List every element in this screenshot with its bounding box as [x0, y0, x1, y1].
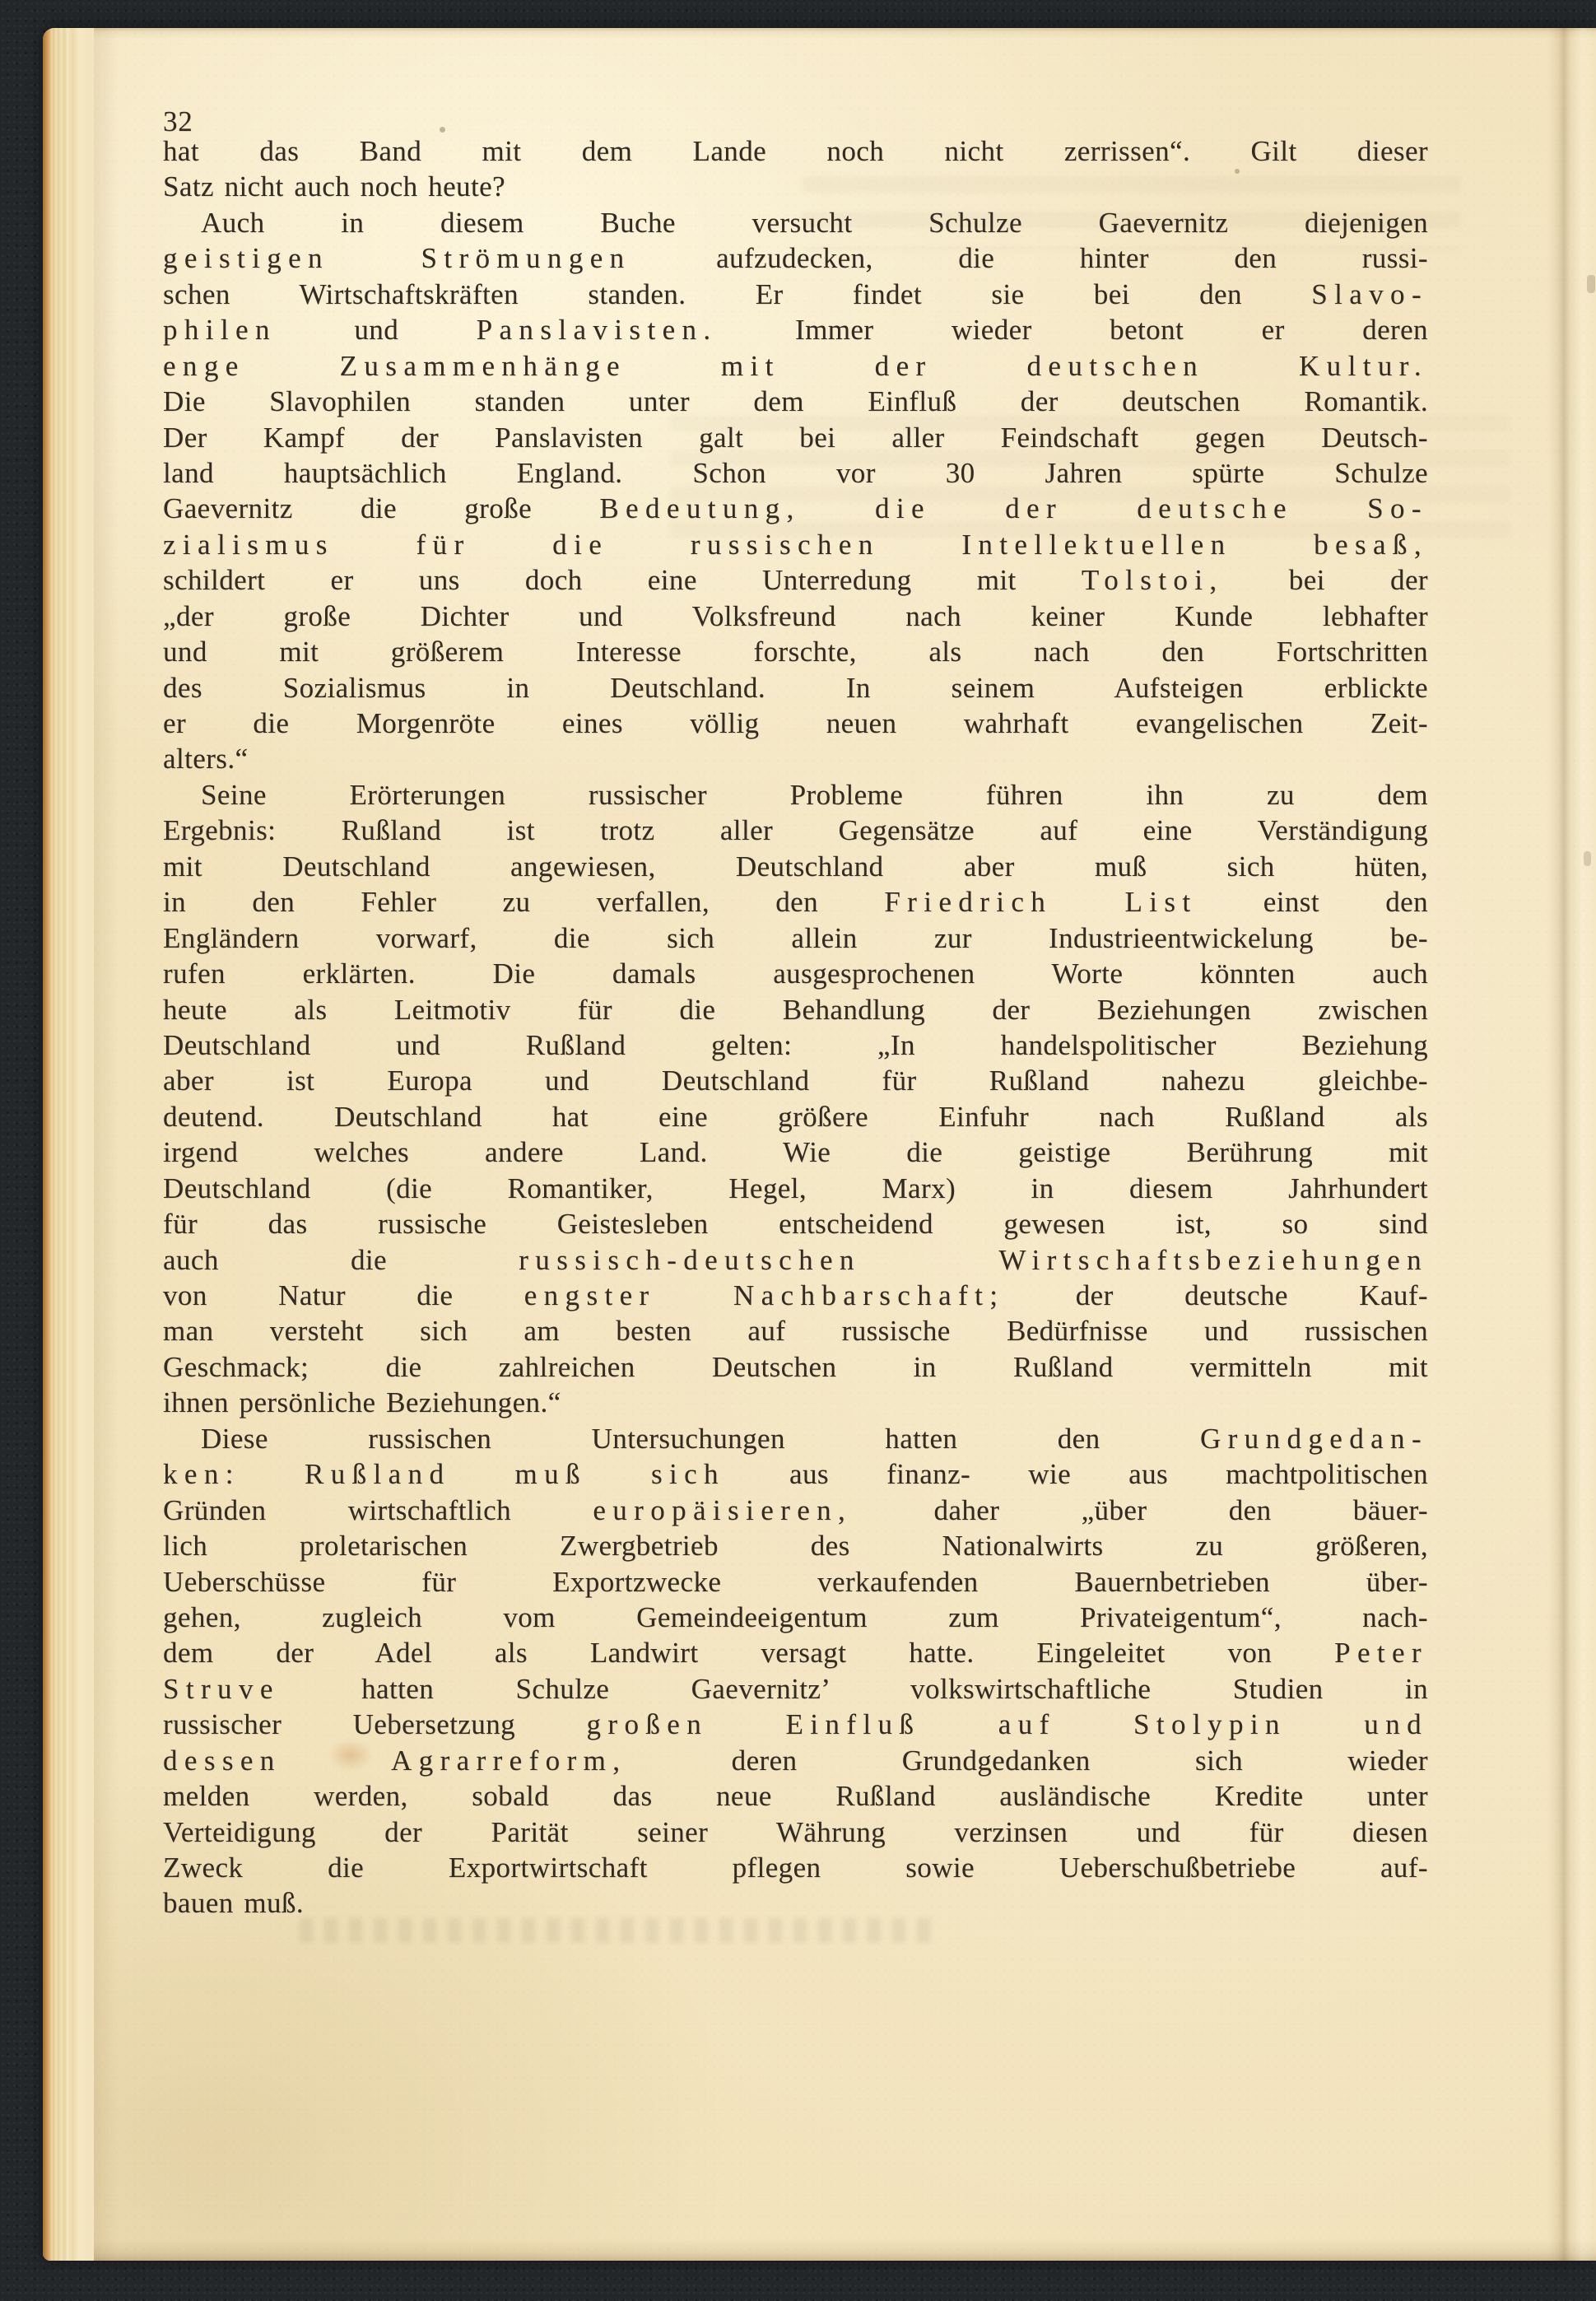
edge-mark — [1584, 851, 1591, 866]
letterspaced-text: ken: Rußland muß sich — [163, 1458, 789, 1490]
text-segment: und mit größerem Interesse forschte, als… — [163, 636, 1428, 668]
text-line-p4-l1: Diese russischen Untersuchungen hatten d… — [163, 1421, 1428, 1456]
text-segment: daher „über den bäuer- — [852, 1494, 1428, 1526]
text-line-p3-l9: aber ist Europa und Deutschland für Rußl… — [163, 1063, 1428, 1098]
text-segment: einst den — [1198, 886, 1429, 918]
text-segment: Engländern vorwarf, die sich allein zur … — [163, 922, 1428, 954]
text-line-p3-l4: in den Fehler zu verfallen, den Friedric… — [163, 884, 1428, 920]
text-segment: Der Kampf der Panslavisten galt bei alle… — [163, 422, 1428, 454]
text-line-p2-l13: und mit größerem Interesse forschte, als… — [163, 634, 1428, 669]
page-edge-stack — [43, 28, 94, 2261]
text-segment: auch die — [163, 1244, 519, 1276]
text-line-p2-l10: zialismus für die russischen Intellektue… — [163, 527, 1428, 562]
text-segment: in den Fehler zu verfallen, den — [163, 886, 884, 918]
text-segment: Seine Erörterungen russischer Probleme f… — [201, 779, 1428, 811]
letterspaced-text: Panslavisten. — [477, 314, 718, 346]
text-segment: gehen, zugleich vom Gemeindeeigentum zum… — [163, 1601, 1428, 1633]
text-line-p4-l4: lich proletarischen Zwergbetrieb des Nat… — [163, 1528, 1428, 1563]
text-line-p3-l3: mit Deutschland angewiesen, Deutschland … — [163, 849, 1428, 884]
text-line-p2-l11: schildert er uns doch eine Unterredung m… — [163, 562, 1428, 598]
text-line-p1-l2: Satz nicht auch noch heute? — [163, 169, 1428, 204]
letterspaced-text: russisch-deutschen Wirtschaftsbeziehunge… — [519, 1244, 1428, 1276]
text-line-p2-l1: Auch in diesem Buche versucht Schulze Ga… — [163, 205, 1428, 240]
letterspaced-text: geistigen Strömungen — [163, 242, 631, 274]
text-segment: lich proletarischen Zwergbetrieb des Nat… — [163, 1530, 1428, 1562]
letterspaced-text: Slavo- — [1311, 278, 1428, 310]
text-line-p3-l14: auch die russisch-deutschen Wirtschaftsb… — [163, 1242, 1428, 1278]
text-segment: Gaevernitz die große — [163, 492, 599, 524]
text-line-p4-l3: Gründen wirtschaftlich europäisieren, da… — [163, 1493, 1428, 1528]
edge-mark — [1587, 275, 1595, 293]
text-segment: Gründen wirtschaftlich — [163, 1494, 593, 1526]
letterspaced-text: europäisieren, — [593, 1494, 852, 1526]
text-segment: man versteht sich am besten auf russisch… — [163, 1315, 1428, 1347]
text-line-p3-l12: Deutschland (die Romantiker, Hegel, Marx… — [163, 1171, 1428, 1206]
text-segment: er die Morgenröte eines völlig neuen wah… — [163, 707, 1428, 739]
text-segment: Deutschland und Rußland gelten: „In hand… — [163, 1029, 1428, 1061]
text-segment: Ueberschüsse für Exportzwecke verkaufend… — [163, 1566, 1428, 1598]
scanner-background: 32 hat das Band mit dem Lande noch nicht… — [0, 0, 1596, 2301]
text-line-p2-l5: enge Zusammenhänge mit der deutschen Kul… — [163, 348, 1428, 384]
text-segment: „der große Dichter und Volksfreund nach … — [163, 600, 1428, 632]
text-segment: für das russische Geistesleben entscheid… — [163, 1208, 1428, 1240]
text-segment: Deutschland (die Romantiker, Hegel, Marx… — [163, 1172, 1428, 1204]
letterspaced-text: großen Einfluß auf Stolypin und — [587, 1708, 1428, 1740]
text-segment: ihnen persönliche Beziehungen.“ — [163, 1386, 561, 1418]
text-segment: Diese russischen Untersuchungen hatten d… — [201, 1423, 1200, 1455]
text-line-p3-l2: Ergebnis: Rußland ist trotz aller Gegens… — [163, 813, 1428, 848]
text-segment: land hauptsächlich England. Schon vor 30… — [163, 457, 1428, 489]
paper-speck — [440, 127, 445, 133]
text-segment: bauen muß. — [163, 1887, 304, 1919]
text-line-p2-l2: geistigen Strömungen aufzudecken, die hi… — [163, 240, 1428, 276]
text-segment: schildert er uns doch eine Unterredung m… — [163, 564, 1082, 596]
text-segment: russischer Uebersetzung — [163, 1708, 587, 1740]
text-segment: deutend. Deutschland hat eine größere Ei… — [163, 1101, 1428, 1133]
text-line-p4-l5: Ueberschüsse für Exportzwecke verkaufend… — [163, 1564, 1428, 1600]
text-segment: Satz nicht auch noch heute? — [163, 170, 505, 203]
text-line-p3-l17: Geschmack; die zahlreichen Deutschen in … — [163, 1349, 1428, 1385]
text-segment: des Sozialismus in Deutschland. In seine… — [163, 672, 1428, 704]
text-segment: mit Deutschland angewiesen, Deutschland … — [163, 850, 1428, 883]
text-segment: melden werden, sobald das neue Rußland a… — [163, 1780, 1428, 1812]
text-segment: Auch in diesem Buche versucht Schulze Ga… — [201, 207, 1428, 239]
text-segment: heute als Leitmotiv für die Behandlung d… — [163, 994, 1428, 1026]
letterspaced-text: Peter — [1334, 1637, 1428, 1669]
text-line-p3-l1: Seine Erörterungen russischer Probleme f… — [163, 777, 1428, 813]
paper-surface: 32 hat das Band mit dem Lande noch nicht… — [94, 28, 1596, 2261]
text-line-p3-l18: ihnen persönliche Beziehungen.“ — [163, 1385, 1428, 1420]
text-line-p2-l9: Gaevernitz die große Bedeutung, die der … — [163, 491, 1428, 526]
text-segment: aber ist Europa und Deutschland für Rußl… — [163, 1064, 1428, 1097]
text-segment: dem der Adel als Landwirt versagt hatte.… — [163, 1637, 1334, 1669]
text-segment: Die Slavophilen standen unter dem Einflu… — [163, 385, 1428, 417]
text-line-p2-l14: des Sozialismus in Deutschland. In seine… — [163, 670, 1428, 706]
letterspaced-text: Tolstoi, — [1082, 564, 1224, 596]
bleedthrough-ghost — [300, 1918, 942, 1943]
text-line-p3-l7: heute als Leitmotiv für die Behandlung d… — [163, 992, 1428, 1027]
text-line-p3-l10: deutend. Deutschland hat eine größere Ei… — [163, 1099, 1428, 1134]
text-body: hat das Band mit dem Lande noch nicht ze… — [163, 133, 1428, 1921]
text-segment: und — [277, 314, 477, 346]
text-line-p4-l9: russischer Uebersetzung großen Einfluß a… — [163, 1707, 1428, 1742]
text-segment: alters.“ — [163, 743, 248, 775]
text-line-p3-l6: rufen erklärten. Die damals ausgesproche… — [163, 956, 1428, 991]
letterspaced-text: Struve — [163, 1673, 280, 1705]
text-segment: irgend welches andere Land. Wie die geis… — [163, 1136, 1428, 1168]
text-line-p2-l4: philen und Panslavisten. Immer wieder be… — [163, 312, 1428, 347]
text-line-p3-l5: Engländern vorwarf, die sich allein zur … — [163, 920, 1428, 956]
text-segment: Immer wieder betont er deren — [718, 314, 1428, 346]
letterspaced-text: philen — [163, 314, 277, 346]
text-segment: Ergebnis: Rußland ist trotz aller Gegens… — [163, 814, 1428, 846]
letterspaced-text: Friedrich List — [884, 886, 1197, 918]
letterspaced-text: zialismus für die russischen Intellektue… — [163, 529, 1428, 561]
text-segment: bei der — [1224, 564, 1428, 596]
letterspaced-text: Grundgedan- — [1200, 1423, 1428, 1455]
text-line-p4-l8: Struve hatten Schulze Gaevernitz’ volksw… — [163, 1671, 1428, 1707]
text-line-p4-l13: Zweck die Exportwirtschaft pflegen sowie… — [163, 1850, 1428, 1885]
text-line-p4-l7: dem der Adel als Landwirt versagt hatte.… — [163, 1635, 1428, 1670]
text-segment: aufzudecken, die hinter den russi- — [631, 242, 1428, 274]
letterspaced-text: Bedeutung, die der deutsche So- — [599, 492, 1428, 524]
text-segment: Geschmack; die zahlreichen Deutschen in … — [163, 1351, 1428, 1383]
letterspaced-text: engster Nachbarschaft; — [524, 1279, 1005, 1311]
text-line-p2-l8: land hauptsächlich England. Schon vor 30… — [163, 455, 1428, 491]
text-segment: rufen erklärten. Die damals ausgesproche… — [163, 957, 1428, 990]
text-line-p4-l10: dessen Agrarreform, deren Grundgedanken … — [163, 1743, 1428, 1778]
letterspaced-text: enge Zusammenhänge mit der deutschen Kul… — [163, 350, 1428, 382]
text-segment: der deutsche Kauf- — [1004, 1279, 1428, 1311]
text-line-p3-l15: von Natur die engster Nachbarschaft; der… — [163, 1278, 1428, 1313]
text-line-p4-l14: bauen muß. — [163, 1885, 1428, 1921]
text-segment: schen Wirtschaftskräften standen. Er fin… — [163, 278, 1311, 310]
text-segment: Verteidigung der Parität seiner Währung … — [163, 1816, 1428, 1848]
text-line-p2-l16: alters.“ — [163, 741, 1428, 776]
text-line-p2-l6: Die Slavophilen standen unter dem Einflu… — [163, 384, 1428, 419]
text-segment: aus finanz- wie aus machtpolitischen — [789, 1458, 1428, 1490]
letterspaced-text: dessen Agrarreform, — [163, 1744, 626, 1777]
text-line-p3-l11: irgend welches andere Land. Wie die geis… — [163, 1134, 1428, 1170]
text-line-p3-l8: Deutschland und Rußland gelten: „In hand… — [163, 1027, 1428, 1063]
text-segment: deren Grundgedanken sich wieder — [626, 1744, 1428, 1777]
text-segment: hat das Band mit dem Lande noch nicht ze… — [163, 135, 1428, 167]
book-page: 32 hat das Band mit dem Lande noch nicht… — [43, 28, 1596, 2261]
text-line-p2-l15: er die Morgenröte eines völlig neuen wah… — [163, 706, 1428, 741]
text-line-p2-l3: schen Wirtschaftskräften standen. Er fin… — [163, 277, 1428, 312]
text-line-p3-l16: man versteht sich am besten auf russisch… — [163, 1313, 1428, 1348]
text-line-p1-l1: hat das Band mit dem Lande noch nicht ze… — [163, 133, 1428, 169]
text-line-p4-l6: gehen, zugleich vom Gemeindeeigentum zum… — [163, 1600, 1428, 1635]
text-line-p4-l11: melden werden, sobald das neue Rußland a… — [163, 1778, 1428, 1814]
text-line-p3-l13: für das russische Geistesleben entscheid… — [163, 1206, 1428, 1241]
text-line-p4-l2: ken: Rußland muß sich aus finanz- wie au… — [163, 1456, 1428, 1492]
text-segment: von Natur die — [163, 1279, 524, 1311]
text-line-p4-l12: Verteidigung der Parität seiner Währung … — [163, 1814, 1428, 1850]
text-line-p2-l12: „der große Dichter und Volksfreund nach … — [163, 599, 1428, 634]
text-segment: Zweck die Exportwirtschaft pflegen sowie… — [163, 1852, 1428, 1884]
text-segment: hatten Schulze Gaevernitz’ volkswirtscha… — [280, 1673, 1428, 1705]
text-line-p2-l7: Der Kampf der Panslavisten galt bei alle… — [163, 420, 1428, 455]
